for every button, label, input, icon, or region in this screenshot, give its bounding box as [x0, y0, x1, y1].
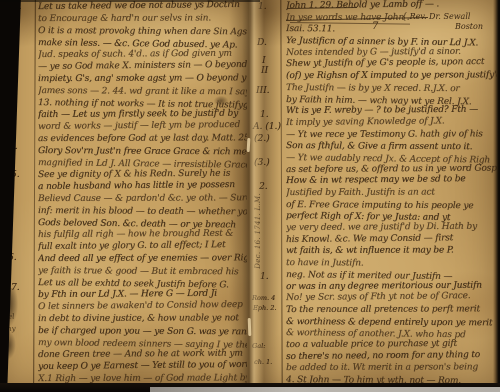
- text-line: inf: merit in his blood — to death — whe…: [38, 205, 247, 218]
- text-line: And deed all ye effect of ye enemies — o…: [38, 252, 247, 265]
- text-line: be added to it. Wt merit in a person's b…: [286, 363, 497, 375]
- margin-number: 7.: [11, 283, 20, 293]
- text-line: to Encourage & hard'n our selvs in sin.: [38, 12, 247, 25]
- text-line: as evidences before God at ye last day. …: [38, 132, 247, 145]
- text-line: The Justifn — is by ye X reced. R.J.X. o…: [286, 83, 497, 96]
- text-line: Glory Sov'rn Just'n free Grace Grace & r…: [38, 145, 247, 158]
- margin-reference: Gal:: [252, 342, 265, 350]
- photo-edge-top: [0, 0, 260, 2]
- text-line: Believd Cause — & pardon'd &c. ye oth. —…: [38, 192, 247, 205]
- margin-number: (2.): [254, 134, 270, 144]
- text-line: wt faith is, & wt influence it may be P.: [286, 246, 497, 258]
- left-page: 3. 4. 5. 6. 7. l wel my Let us take heed…: [0, 0, 250, 392]
- margin-number: D.: [257, 38, 267, 48]
- text-line: To the renounce all pretences to perft m…: [286, 304, 497, 316]
- margin-number: 1.: [260, 110, 269, 120]
- binding-stitch: [248, 318, 252, 336]
- text-line: so there's no need, no room for any thin…: [286, 349, 497, 363]
- right-page: 1. D. I II III. 1. A. (1.) (2.) (3.) 2. …: [250, 0, 500, 392]
- text-line: you keep O ye Earnest — Yet still to you…: [38, 359, 247, 373]
- text-line: — ye so God make X. ministers sin — O be…: [38, 59, 247, 73]
- text-line: James sons — 2. 44. wd grant it like a m…: [38, 85, 247, 98]
- text-line: It imply ye saving Knowledge of J.X.: [286, 116, 497, 130]
- text-line: Shew yt Justifn of ye G's people is, upo…: [286, 57, 497, 71]
- text-line: be if charged upon you — ye Son G. was y…: [38, 325, 247, 338]
- text-line: No! ye Scr. says of Fth yt not be of Gra…: [286, 291, 497, 305]
- margin-number: (3.): [254, 158, 270, 168]
- text-line: his Knowl. &c. We may Consid — first: [286, 233, 497, 247]
- margin-number: 1.: [260, 272, 269, 282]
- margin-number: 2.: [259, 182, 268, 192]
- text-line: John 1. 29. Behold ye Lamb off — .: [286, 0, 497, 13]
- margin-number: II: [261, 66, 268, 76]
- margin-reference: Rom. 4: [252, 294, 275, 302]
- attribution-place: Boston: [455, 22, 483, 31]
- margin-reference: Eph. 2.: [253, 304, 276, 312]
- text-line: How & in wt respect may we be sd to be: [286, 174, 497, 188]
- text-line: to have in Justifn.: [286, 258, 497, 271]
- text-line: ye faith is true & good — But it embrace…: [38, 265, 247, 278]
- vertical-date-note: Dec. 16. 1741. L.M.: [254, 193, 262, 269]
- photo-edge-right: [493, 0, 500, 392]
- right-page-text: John 1. 29. Behold ye Lamb off — .In yse…: [286, 1, 497, 387]
- text-line: — Yt we rece ye Testimony G. hath giv of…: [286, 129, 497, 141]
- text-line: a noble husband who has little in ye pos…: [38, 179, 247, 193]
- right-margin-rule: [280, 0, 283, 384]
- margin-number: III.: [256, 86, 270, 96]
- text-line: Justified by Faith. Justifn is an act: [286, 187, 497, 199]
- text-line: Son as fthful, & Give a firm assent unto…: [286, 141, 497, 154]
- margin-number: A. (1.): [253, 122, 281, 132]
- manuscript-photo: 3. 4. 5. 6. 7. l wel my Let us take heed…: [0, 0, 500, 392]
- text-line: word & works — justif — left ym be produ…: [38, 119, 247, 133]
- margin-reference: ch. 1.: [254, 358, 272, 366]
- table-edge: [150, 387, 500, 392]
- left-margin-rule: [33, 0, 36, 384]
- text-line: O it is a most provokg thing when dare S…: [38, 25, 247, 38]
- text-line: in debt to divine justice, & how unable …: [38, 312, 247, 325]
- text-line: (of) ye Righsn of X imputed to ye person…: [286, 70, 497, 82]
- text-line: full exalt into ye glory G. to all effec…: [38, 239, 247, 253]
- margin-number: I: [262, 56, 266, 66]
- left-page-text: Let us take heed we doe not abuse ys Doc…: [38, 1, 247, 385]
- margin-number: 1.: [258, 2, 267, 12]
- text-line: impiety. G's, ang' smoke agst ym — O bey…: [38, 72, 247, 85]
- text-line: O let sinners be awaken'd to Consid how …: [38, 299, 247, 313]
